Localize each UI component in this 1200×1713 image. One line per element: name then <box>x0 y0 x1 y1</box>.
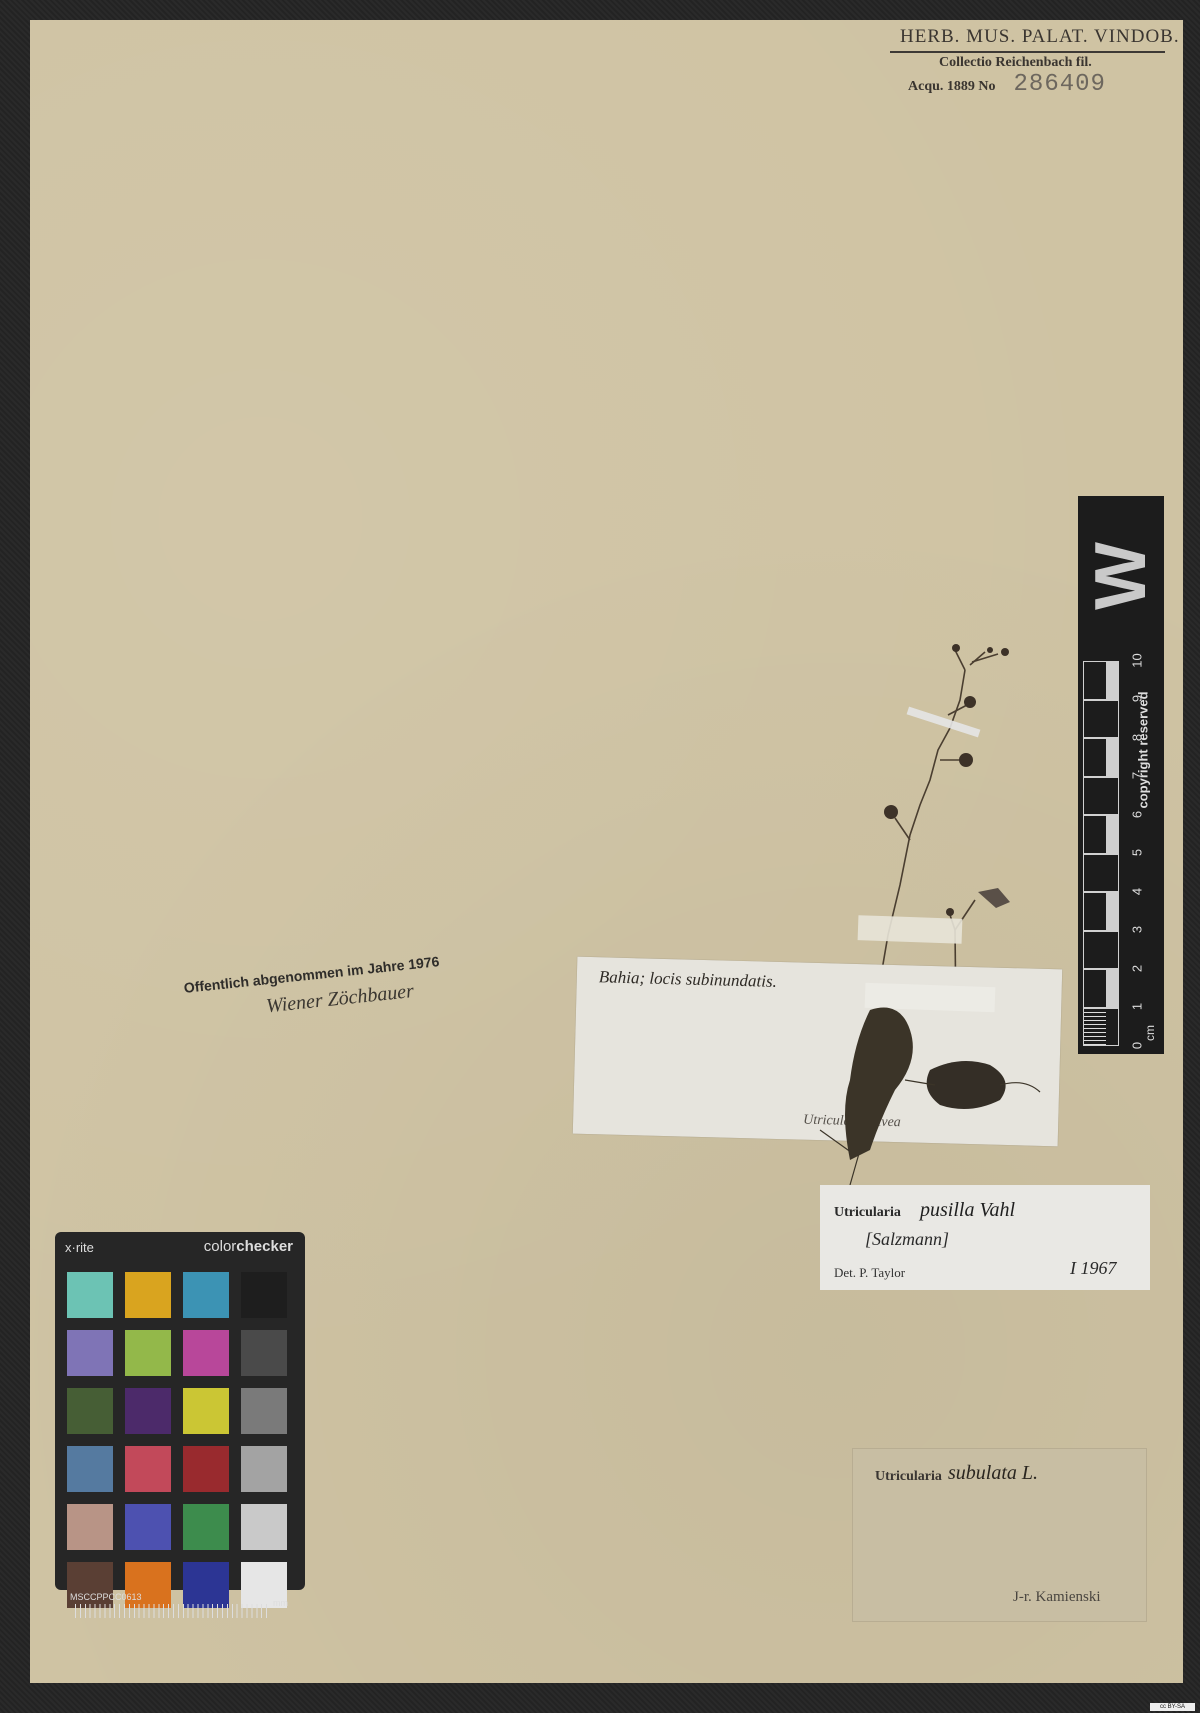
color-checker: x·rite colorchecker MSCCPPCC0613 mm <box>55 1232 305 1590</box>
color-patch <box>125 1272 171 1318</box>
species-text: pusilla Vahl <box>920 1199 1015 1222</box>
tape-strip <box>858 915 963 944</box>
license-badge: cc BY-SA <box>1150 1703 1195 1711</box>
tick-3: 3 <box>1130 920 1145 940</box>
accession-number: 286409 <box>1014 71 1106 98</box>
date-text: I 1967 <box>1070 1258 1117 1279</box>
color-patch <box>183 1446 229 1492</box>
xrite-logo: x·rite <box>65 1240 94 1255</box>
author-text: J-r. Kamienski <box>1013 1589 1101 1606</box>
color-patch-grid <box>67 1272 287 1608</box>
collector-text: [Salzmann] <box>865 1229 949 1250</box>
color-patch <box>67 1446 113 1492</box>
stamp-line-1: HERB. MUS. PALAT. VINDOB. <box>835 26 1155 48</box>
color-patch <box>183 1330 229 1376</box>
color-patch <box>67 1272 113 1318</box>
genus-text: Utricularia <box>834 1205 901 1221</box>
stamp-line-3: Acqu. 1889 No286409 <box>835 71 1155 98</box>
tick-5: 5 <box>1130 843 1145 863</box>
mm-label: mm <box>273 1598 288 1608</box>
color-patch <box>125 1388 171 1434</box>
color-patch <box>183 1504 229 1550</box>
tick-4: 4 <box>1130 882 1145 902</box>
color-patch <box>183 1272 229 1318</box>
cm-ruler: 0 1 2 3 4 5 6 7 8 9 10 <box>1083 661 1119 1046</box>
determiner-text: Det. P. Taylor <box>834 1265 905 1281</box>
stamp-rule <box>890 51 1165 53</box>
color-patch <box>241 1446 287 1492</box>
stamp-line-2: Collectio Reichenbach fil. <box>835 55 1155 71</box>
specimen-root-mass <box>800 1000 1060 1190</box>
unit-label: cm <box>1143 1025 1157 1041</box>
color-patch <box>241 1330 287 1376</box>
color-patch <box>67 1504 113 1550</box>
acquisition-label: Acqu. 1889 No <box>908 79 996 94</box>
serial-number: MSCCPPCC0613 <box>70 1592 142 1602</box>
determination-label: Utricularia pusilla Vahl [Salzmann] Det.… <box>820 1185 1150 1290</box>
scale-bar: W 0 1 2 3 4 5 6 7 8 9 10 copyright reser… <box>1078 496 1164 1054</box>
mm-ruler <box>75 1604 270 1618</box>
herbarium-stamp: HERB. MUS. PALAT. VINDOB. Collectio Reic… <box>835 26 1155 98</box>
species-text: subulata L. <box>948 1462 1038 1485</box>
locality-text: Bahia; locis subinundatis. <box>599 967 777 992</box>
old-label: Utricularia subulata L. J-r. Kamienski <box>852 1448 1147 1622</box>
color-patch <box>125 1504 171 1550</box>
color-patch <box>125 1330 171 1376</box>
color-patch <box>241 1388 287 1434</box>
w-logo: W <box>1081 541 1161 611</box>
genus-text: Utricularia <box>875 1469 942 1485</box>
tick-2: 2 <box>1130 959 1145 979</box>
color-patch <box>241 1504 287 1550</box>
color-patch <box>67 1330 113 1376</box>
color-patch <box>67 1388 113 1434</box>
color-patch <box>241 1272 287 1318</box>
copyright-text: copyright reserved <box>1128 646 1158 816</box>
color-patch <box>125 1446 171 1492</box>
colorchecker-logo: colorchecker <box>204 1238 293 1255</box>
tick-1: 1 <box>1130 997 1145 1017</box>
color-patch <box>183 1388 229 1434</box>
color-patch <box>183 1562 229 1608</box>
